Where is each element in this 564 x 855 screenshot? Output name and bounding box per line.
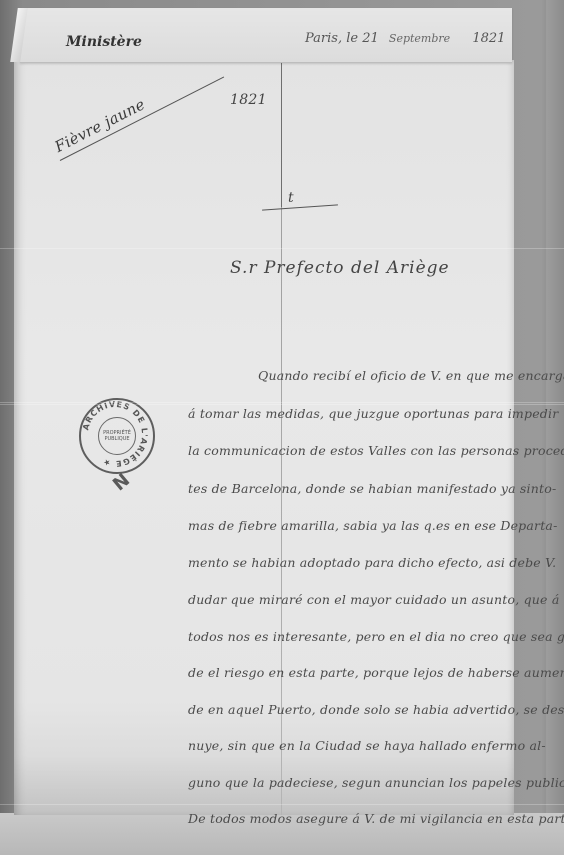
svg-text:ARCHIVES DE L'ARIÈGE ★: ARCHIVES DE L'ARIÈGE ★ (81, 400, 149, 468)
scan-artifact-line (0, 248, 564, 249)
scan-artifact-line (0, 404, 564, 405)
archive-stamp-ring-text: ARCHIVES DE L'ARIÈGE ★ (79, 398, 151, 470)
margin-annotation-year: 1821 (230, 92, 267, 108)
date-line: Paris, le 21 Septembre 1821 (305, 31, 505, 46)
scan-artifact-line (0, 804, 564, 805)
ministry-label: Ministère (66, 34, 142, 50)
body-line: á tomar las medidas, que juzgue oportuna… (188, 406, 558, 421)
body-line: nuye, sin que en la Ciudad se haya halla… (188, 738, 546, 753)
body-line: de el riesgo en esta parte, porque lejos… (188, 665, 564, 680)
body-line: tes de Barcelona, donde se habian manife… (188, 481, 556, 496)
margin-rule-line (281, 62, 282, 207)
body-line: mas de fiebre amarilla, sabia ya las q.e… (188, 518, 558, 533)
archive-stamp: ARCHIVES DE L'ARIÈGE ★ PROPRIÉTÉ PUBLIQU… (79, 398, 155, 474)
folio-mark: t (288, 190, 294, 206)
body-line: de en aquel Puerto, donde solo se habia … (188, 702, 564, 717)
body-line: guno que la padeciese, segun anuncian lo… (188, 775, 564, 790)
addressee-heading: S.r Prefecto del Ariège (230, 258, 450, 278)
place-prefix: Paris, le (305, 31, 358, 46)
body-line: De todos modos asegure á V. de mi vigila… (188, 811, 564, 826)
scan-right-edge (546, 0, 564, 855)
body-line: todos nos es interesante, pero en el dia… (188, 629, 564, 644)
body-line: dudar que miraré con el mayor cuidado un… (188, 592, 559, 607)
date-day: 21 (362, 31, 379, 46)
scan-artifact-line (0, 402, 564, 403)
body-line: Quando recibí el oficio de V. en que me … (258, 368, 564, 383)
body-line: mento se habian adoptado para dicho efec… (188, 555, 556, 570)
date-month: Septembre (389, 32, 450, 45)
date-year: 1821 (472, 31, 505, 46)
body-line: la communicacion de estos Valles con las… (188, 443, 564, 458)
